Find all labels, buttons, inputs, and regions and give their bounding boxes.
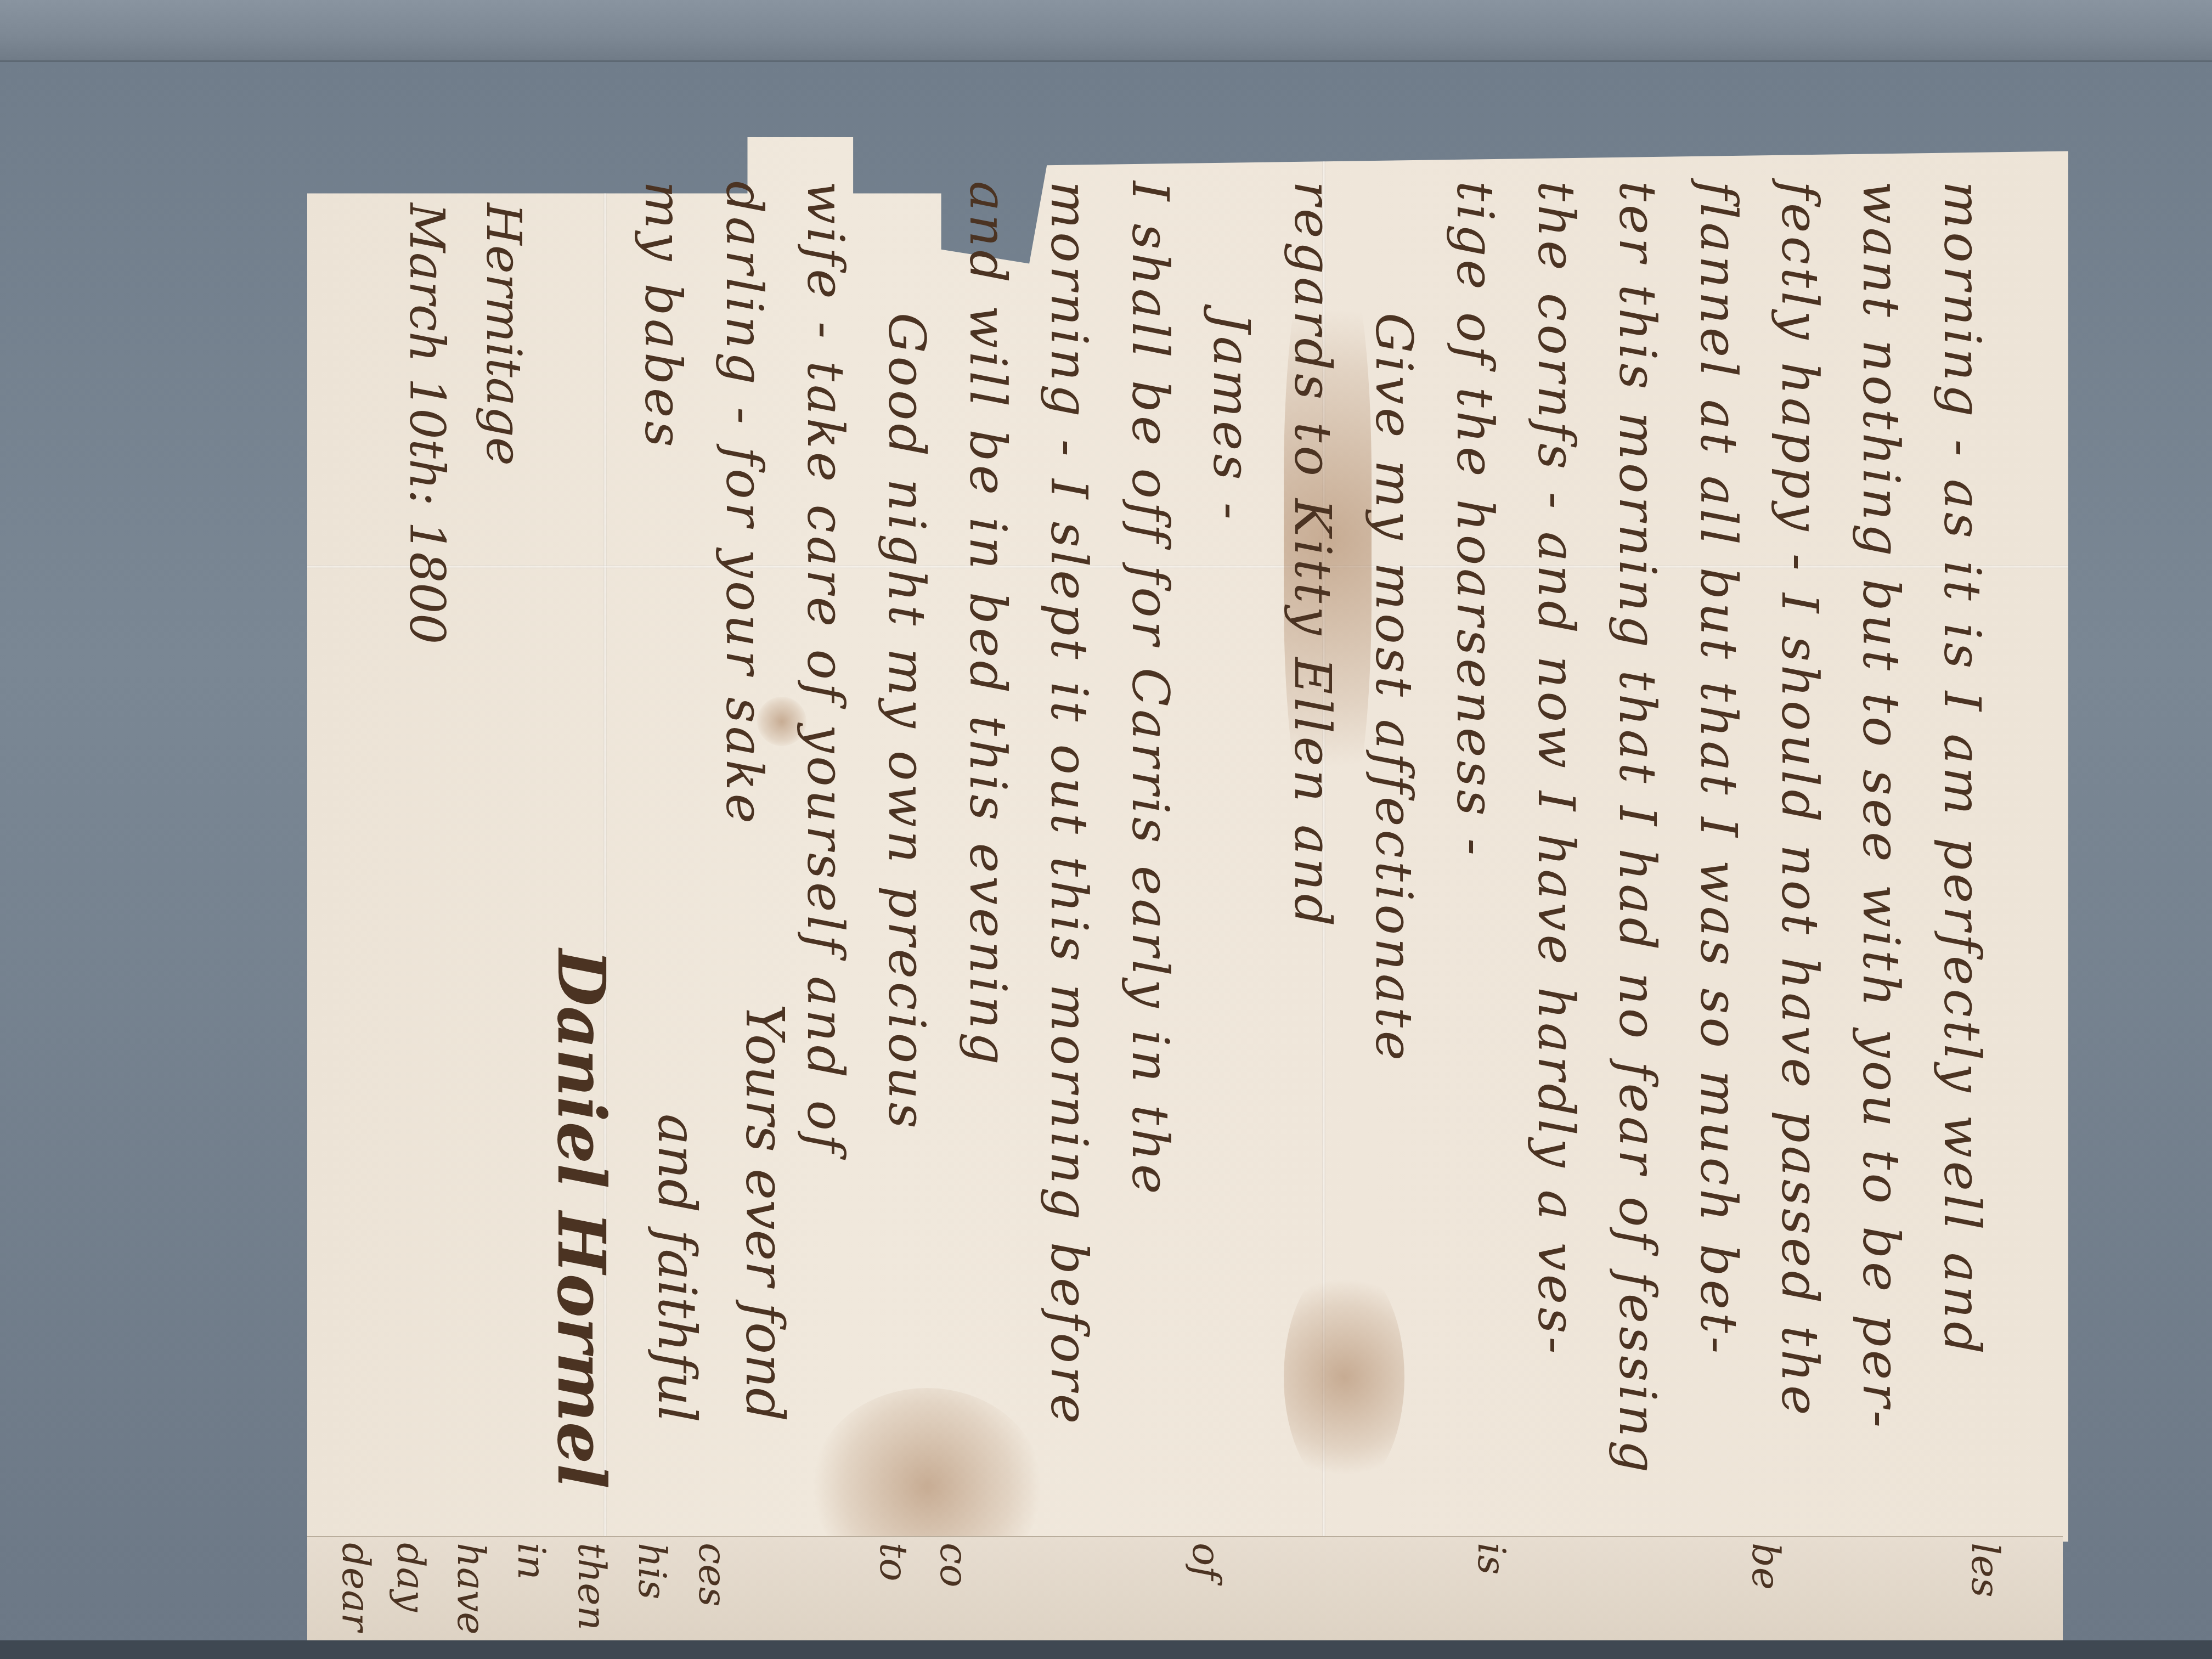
letter-line: fectly happy - I should not have passed …: [1759, 181, 1840, 1498]
text-fragment: ces: [690, 1543, 735, 1607]
letter-line: morning - I slept it out this morning be…: [1028, 181, 1109, 1498]
letter-line: tige of the hoarseness -: [1434, 181, 1515, 1498]
text-fragment: in: [509, 1543, 554, 1579]
letter-line: flannel at all but that I was so much be…: [1678, 181, 1759, 1498]
signature: Daniel Hormel: [543, 949, 620, 1489]
closing-line: Yours ever fond: [734, 1004, 795, 1421]
mount-bottom-edge: [0, 1640, 2212, 1659]
letter-line: wife - take care of yourself and of: [785, 181, 866, 1498]
text-fragment: dear: [334, 1543, 379, 1631]
text-fragment: be: [1743, 1543, 1788, 1590]
letter-line: ter this morning that I had no fear of f…: [1596, 181, 1678, 1498]
underlying-page-strip: dear day have in then his ces to co of i…: [307, 1536, 2063, 1647]
text-fragment: of: [1184, 1543, 1229, 1580]
letter-line: regards to Kitty Ellen and: [1272, 181, 1353, 1498]
text-fragment: is: [1469, 1543, 1514, 1575]
letter-body: morning - as it is I am perfectly well a…: [357, 181, 2002, 1498]
letter-line: Good night my own precious: [866, 181, 947, 1498]
place: Hermitage: [476, 203, 532, 466]
text-fragment: day: [388, 1543, 433, 1612]
mount-top-band: [0, 0, 2212, 62]
text-fragment: les: [1963, 1543, 2008, 1598]
text-fragment: co: [932, 1543, 977, 1587]
letter-line: morning - as it is I am perfectly well a…: [1921, 181, 2002, 1498]
letter-line: the cornfs - and now I have hardly a ves…: [1515, 181, 1596, 1498]
text-fragment: have: [449, 1543, 494, 1635]
closing-line: and faithful: [646, 1114, 708, 1423]
letter-line: and will be in bed this evening: [947, 181, 1028, 1498]
letter-line: want nothing but to see with you to be p…: [1840, 181, 1921, 1498]
text-fragment: to: [871, 1543, 916, 1581]
letter-line: Give my most affectionate: [1353, 181, 1434, 1498]
letter-line: James -: [1190, 181, 1272, 1498]
text-fragment: then: [569, 1543, 614, 1630]
text-fragment: his: [630, 1543, 675, 1599]
date: March 10th: 1800: [399, 203, 455, 644]
letter-line: I shall be off for Carris early in the: [1109, 181, 1190, 1498]
